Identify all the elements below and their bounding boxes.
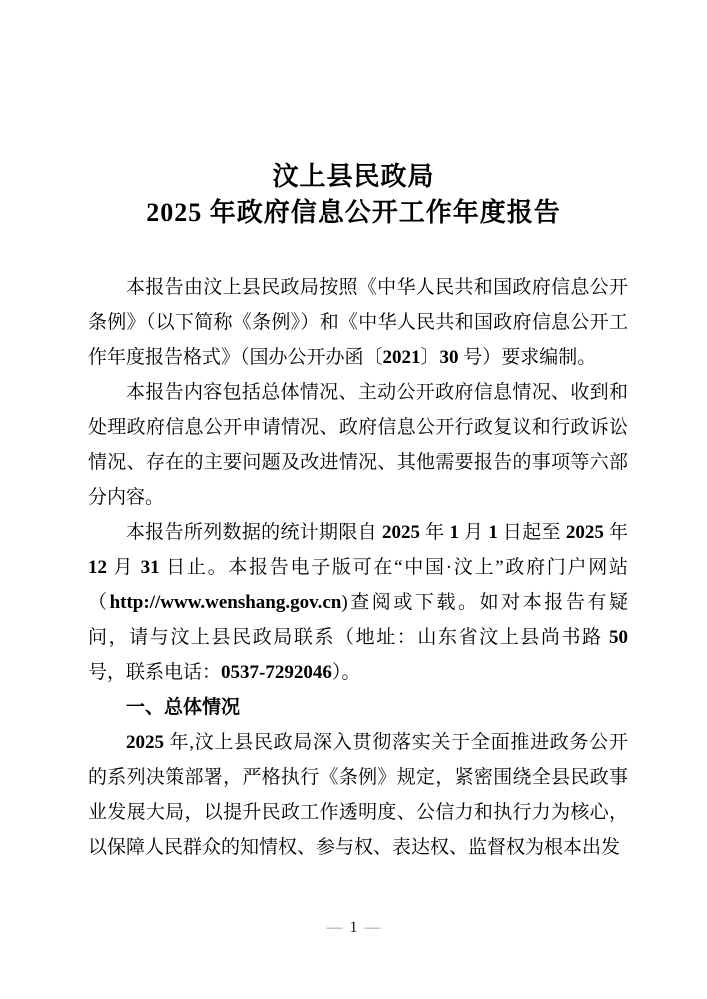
bold-text-run: 50 xyxy=(609,627,628,648)
page-number: 1 xyxy=(350,917,358,939)
text-run: 年,汶上县民政局深入贯彻落实关于全面推进政务公开的系列决策部署，严格执行《条例》… xyxy=(88,732,628,858)
text-run: 本报告所列数据的统计期限自 xyxy=(126,522,382,543)
bold-text-run: 1 xyxy=(488,522,498,543)
text-run: 本报告内容包括总体情况、主动公开政府信息情况、收到和处理政府信息公开申请情况、政… xyxy=(88,382,628,508)
document-title-line1: 汶上县民政局 xyxy=(0,159,707,195)
text-run: 号）要求编制。 xyxy=(459,347,597,368)
page-footer: —1— xyxy=(0,917,707,939)
bold-text-run: 2021 xyxy=(383,347,421,368)
text-run: 号，联系电话： xyxy=(88,662,221,683)
bold-text-run: 2025 xyxy=(566,522,604,543)
text-run: 日起至 xyxy=(498,522,566,543)
paragraph: 本报告内容包括总体情况、主动公开政府信息情况、收到和处理政府信息公开申请情况、政… xyxy=(88,375,628,515)
bold-text-run: 12 xyxy=(88,557,107,578)
document-body: 本报告由汶上县民政局按照《中华人民共和国政府信息公开条例》（以下简称《条例》）和… xyxy=(88,270,628,865)
bold-text-run: 1 xyxy=(449,522,459,543)
bold-text-run: 31 xyxy=(141,557,160,578)
bold-text-run: 一、总体情况 xyxy=(126,697,240,718)
document-title-line2: 2025 年政府信息公开工作年度报告 xyxy=(0,195,707,231)
section-heading: 一、总体情况 xyxy=(88,690,628,725)
paragraph: 2025 年,汶上县民政局深入贯彻落实关于全面推进政务公开的系列决策部署，严格执… xyxy=(88,725,628,865)
paragraph: 本报告由汶上县民政局按照《中华人民共和国政府信息公开条例》（以下简称《条例》）和… xyxy=(88,270,628,375)
bold-text-run: 2025 xyxy=(126,732,164,753)
bold-text-run: 0537-7292046 xyxy=(221,662,332,683)
footer-dash-left: — xyxy=(327,919,343,936)
bold-text-run: http://www.wenshang.gov.cn xyxy=(110,592,342,613)
text-run: 月 xyxy=(107,557,141,578)
footer-dash-right: — xyxy=(365,919,381,936)
bold-text-run: 30 xyxy=(440,347,459,368)
text-run: 〕 xyxy=(421,347,440,368)
paragraph: 本报告所列数据的统计期限自 2025 年 1 月 1 日起至 2025 年 12… xyxy=(88,515,628,690)
text-run: 月 xyxy=(459,522,488,543)
document-page: 汶上县民政局 2025 年政府信息公开工作年度报告 本报告由汶上县民政局按照《中… xyxy=(0,0,707,999)
text-run: 年 xyxy=(604,522,628,543)
bold-text-run: 2025 xyxy=(382,522,420,543)
text-run: 年 xyxy=(420,522,449,543)
document-title: 汶上县民政局 2025 年政府信息公开工作年度报告 xyxy=(0,159,707,231)
text-run: ）。 xyxy=(332,662,361,683)
